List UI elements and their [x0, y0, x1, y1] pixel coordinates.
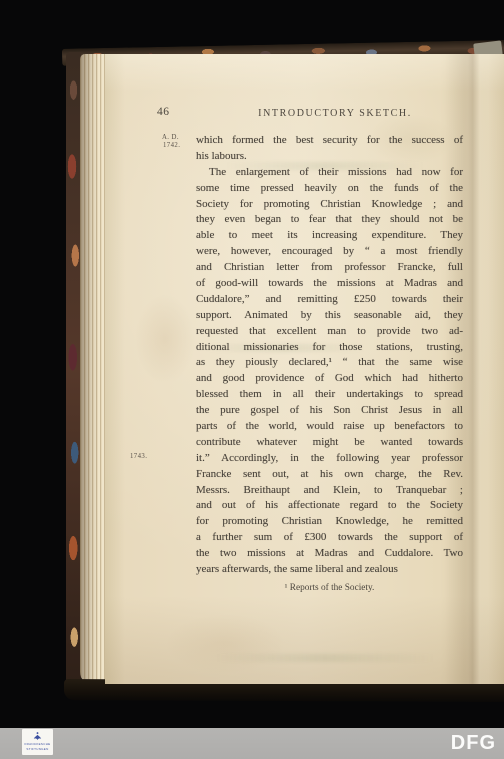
text-line: Francke sent out, at his own charge, the…	[196, 467, 463, 483]
book-board-marbled-edge	[66, 52, 81, 688]
text-line: his labours.	[196, 149, 463, 165]
margin-note-year: 1742.	[162, 142, 180, 150]
text-line: Cuddalore,” and remitting £250 towards t…	[196, 292, 463, 308]
eagle-and-sun-icon	[32, 731, 43, 742]
text-line: were, however, encouraged by “ a most fr…	[196, 244, 463, 260]
body-text: which formed the best security for the s…	[196, 133, 463, 578]
text-line: the two missions at Madras and Cuddalore…	[196, 546, 463, 562]
text-line: a further sum of £300 towards the suppor…	[196, 530, 463, 546]
text-line: for promoting Christian Knowledge, he re…	[196, 514, 463, 530]
text-line: it.” Accordingly, in the following year …	[196, 451, 463, 467]
text-line: parts of the world, would raise up benef…	[196, 419, 463, 435]
margin-note-ad: A. D.	[162, 134, 180, 142]
text-line: and good providence of God which had hit…	[196, 371, 463, 387]
text-line: ditional missionaries for those stations…	[196, 340, 463, 356]
book-page: 46 INTRODUCTORY SKETCH. A. D. 1742. 1743…	[105, 54, 504, 684]
page-stain	[165, 614, 285, 674]
text-line: they even began to fear that they should…	[196, 212, 463, 228]
institution-name-line2: STIFTUNGEN	[26, 748, 48, 752]
text-line: and Christian letter from professor Fran…	[196, 260, 463, 276]
digitisation-footer-bar: FRANCKESCHE STIFTUNGEN DFG	[0, 728, 504, 759]
text-line: of good-will towards the missions at Mad…	[196, 276, 463, 292]
page-stain	[135, 294, 195, 384]
page-number: 46	[157, 106, 170, 118]
text-line: Messrs. Breithaupt and Klein, to Tranque…	[196, 483, 463, 499]
text-line: The enlargement of their missions had no…	[196, 165, 463, 181]
text-line: support. Animated by this seasonable aid…	[196, 308, 463, 324]
text-line: able to meet its increasing expenditure.…	[196, 228, 463, 244]
franckesche-stiftungen-logo: FRANCKESCHE STIFTUNGEN	[22, 729, 53, 755]
dfg-logo: DFG	[451, 732, 496, 755]
running-header: INTRODUCTORY SKETCH.	[205, 108, 465, 119]
footnote: ¹ Reports of the Society.	[196, 583, 463, 593]
text-line: contribute whatever might be wanted towa…	[196, 435, 463, 451]
text-line: Society for promoting Christian Knowledg…	[196, 197, 463, 213]
text-line: and out of his affectionate regard to th…	[196, 498, 463, 514]
text-line: blessed them in all their undertakings t…	[196, 387, 463, 403]
text-line: years afterwards, the same liberal and z…	[196, 562, 463, 578]
text-line: the pure gospel of his Son Christ Jesus …	[196, 403, 463, 419]
text-line: as they piously declared,¹ “ that the sa…	[196, 355, 463, 371]
book-scan-photo: 46 INTRODUCTORY SKETCH. A. D. 1742. 1743…	[0, 0, 504, 759]
margin-note-date: A. D. 1742.	[162, 134, 180, 150]
text-line: requested that excellent man to provide …	[196, 324, 463, 340]
margin-note-year-1743: 1743.	[130, 453, 147, 461]
page-block-edges	[80, 54, 107, 686]
ink-bleed-through	[215, 654, 435, 662]
text-line: which formed the best security for the s…	[196, 133, 463, 149]
text-line: some time pressed heavily on the funds o…	[196, 181, 463, 197]
